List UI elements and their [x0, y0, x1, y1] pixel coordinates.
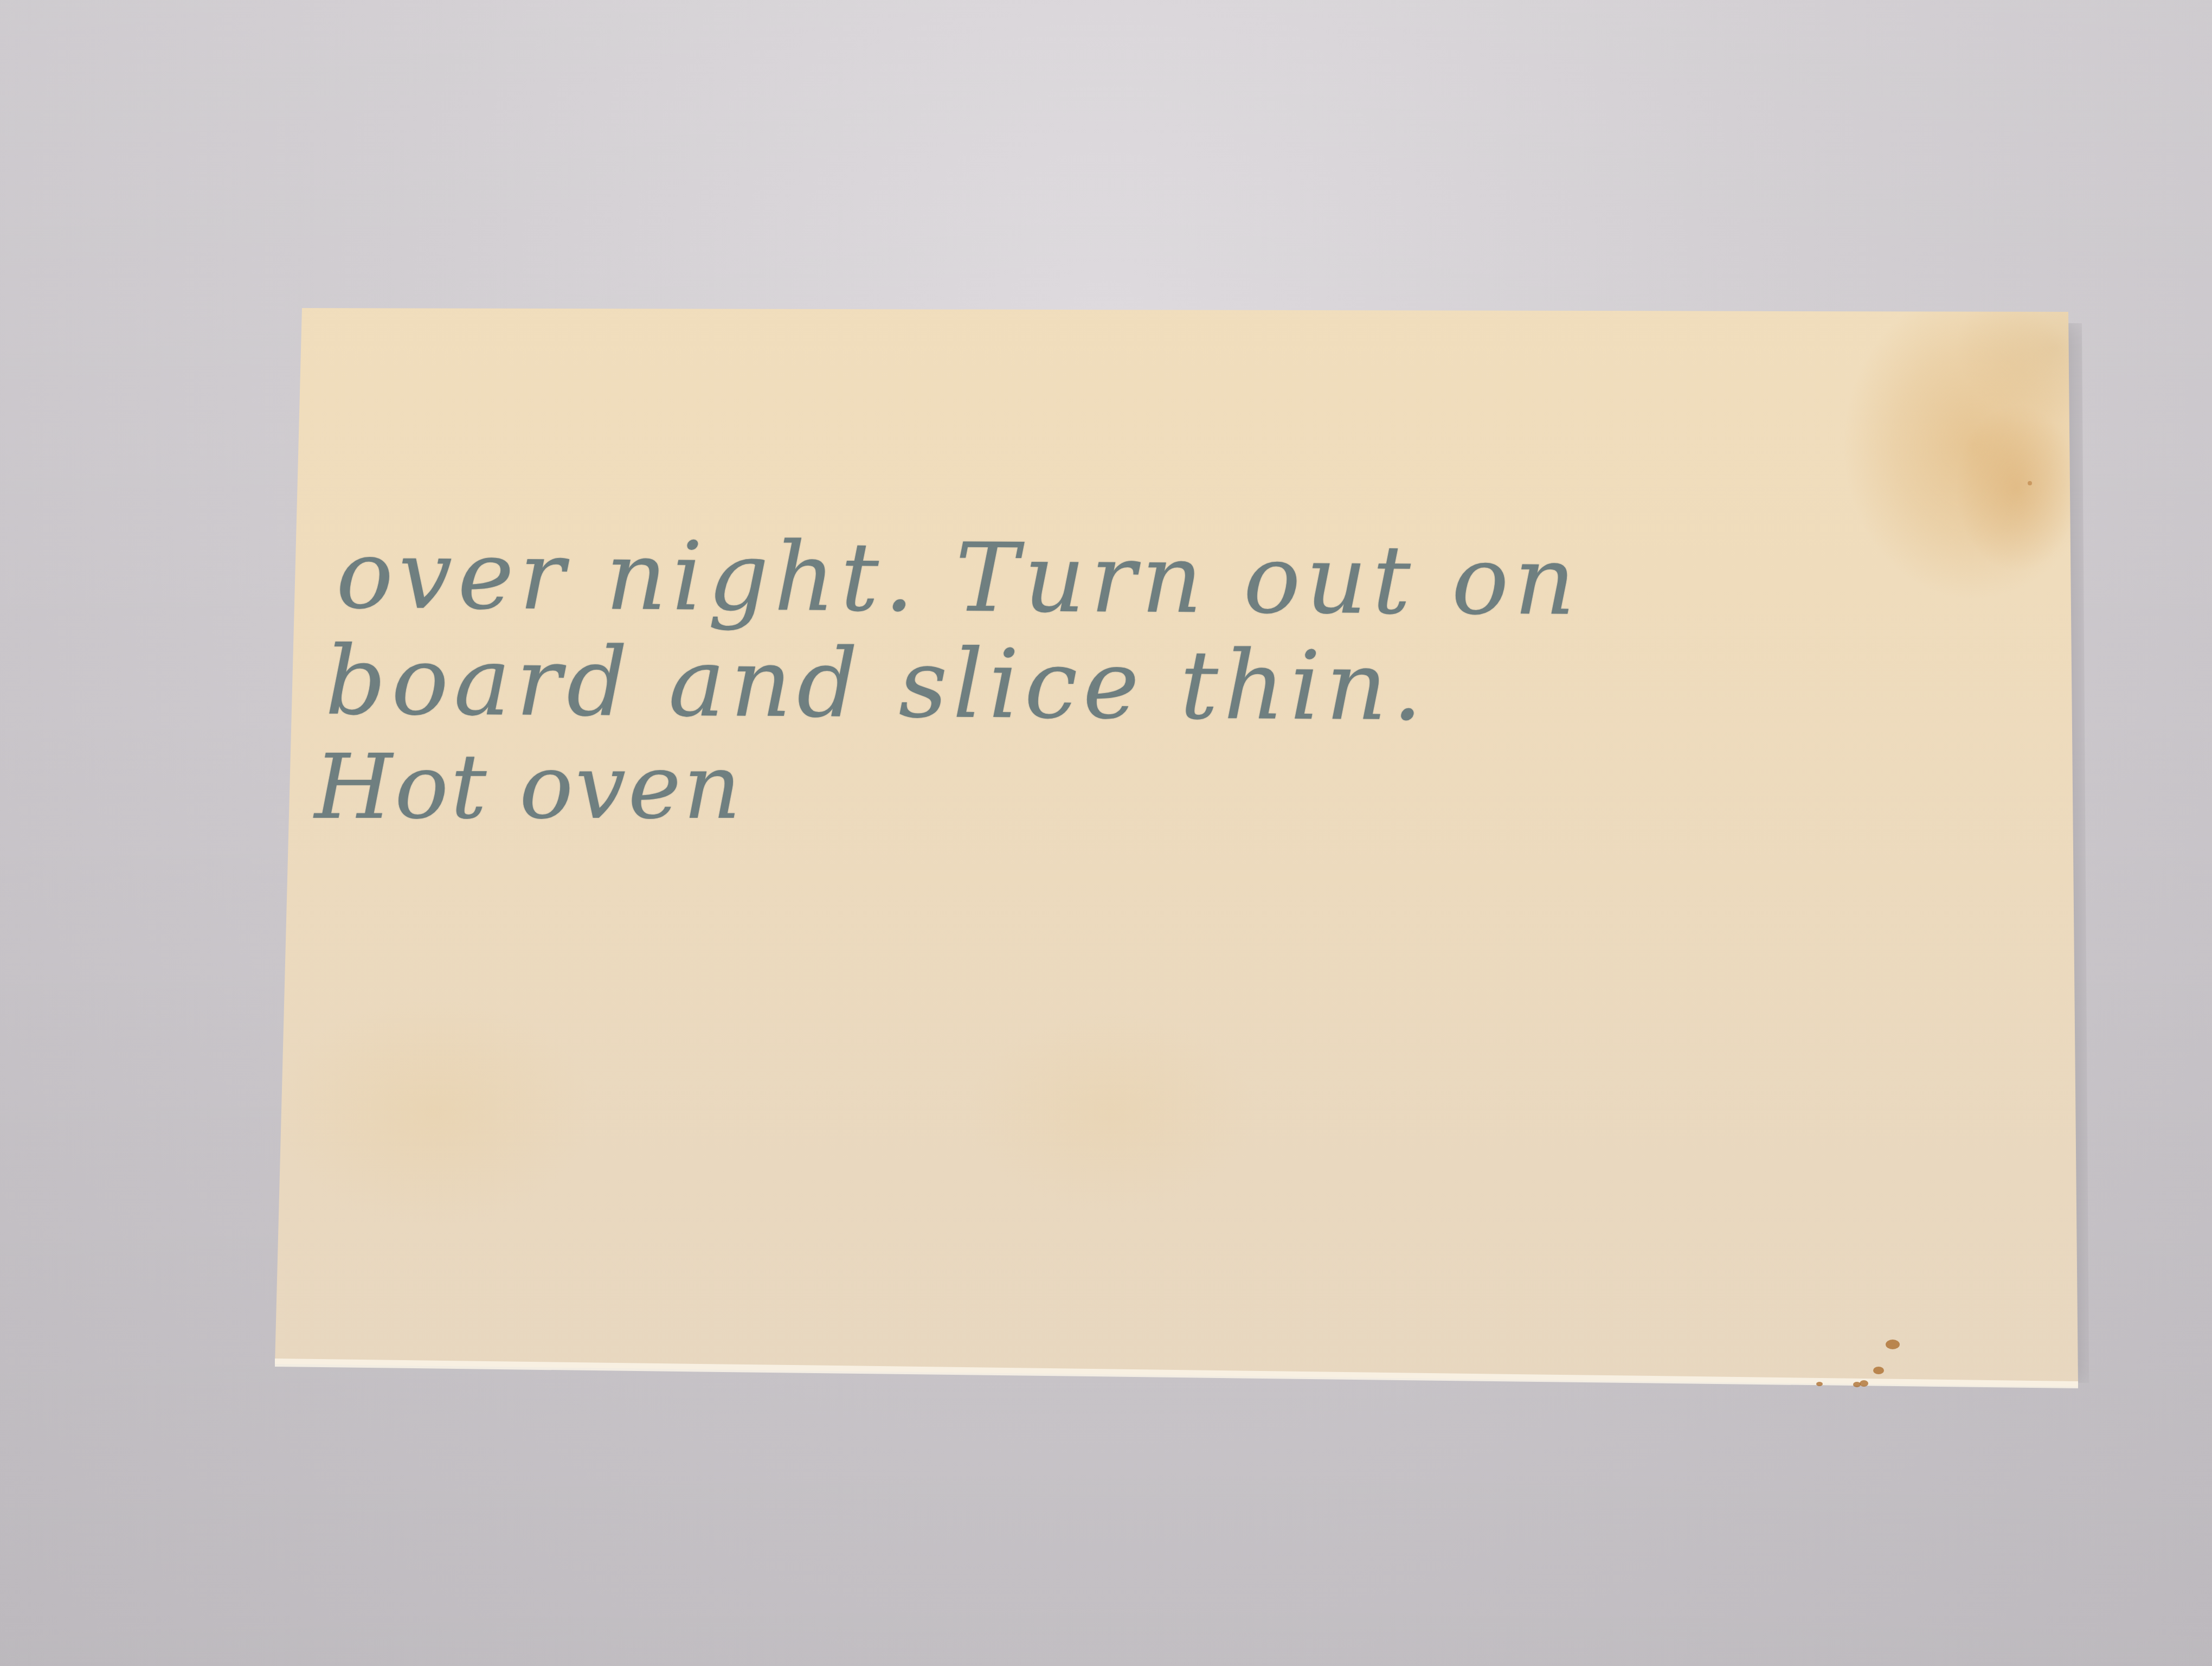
handwritten-line-3: Hot oven: [314, 735, 743, 839]
stain-spot: [1886, 1340, 1900, 1349]
handwritten-line-1: over night. Turn out on: [336, 520, 1581, 637]
handwritten-line-2: board and slice thin.: [325, 626, 1428, 742]
stain-spot: [1853, 1382, 1861, 1387]
stain-spot: [1816, 1382, 1823, 1386]
stain-spot: [1860, 1380, 1868, 1387]
stain-spot: [1873, 1367, 1884, 1374]
stain-spot: [2028, 481, 2032, 485]
